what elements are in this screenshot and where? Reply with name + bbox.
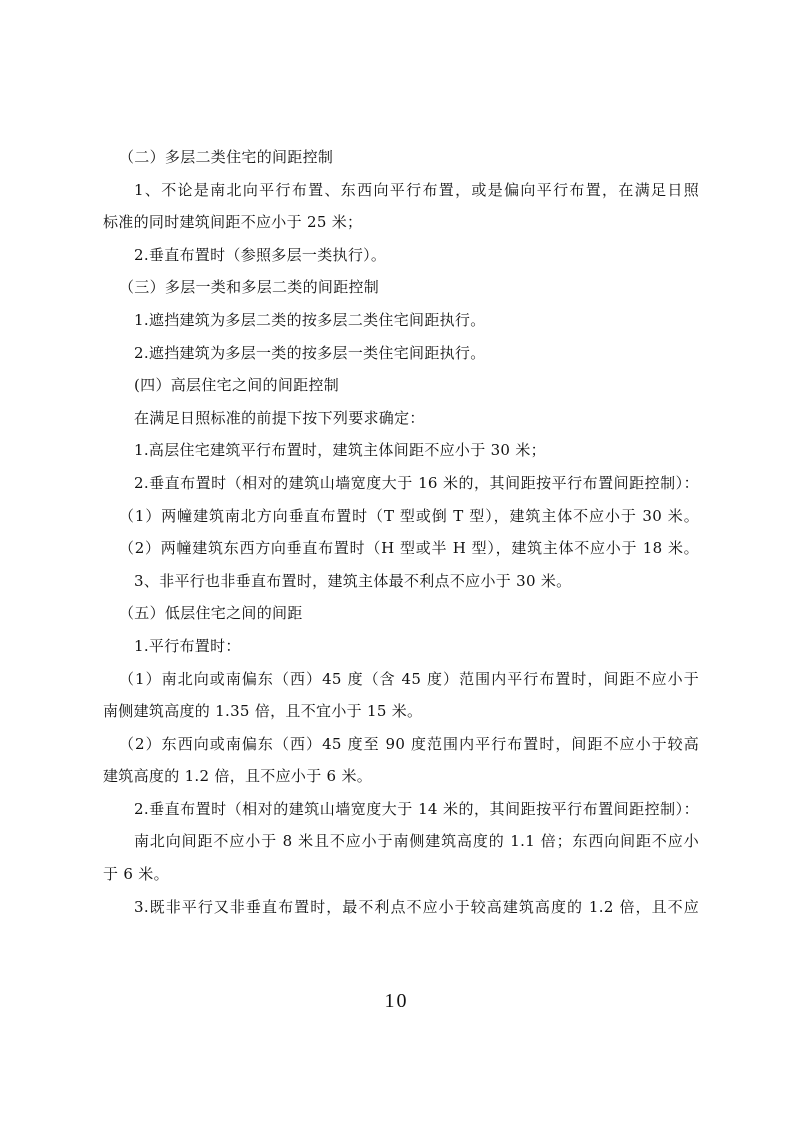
paragraph-line: （1）两幢建筑南北方向垂直布置时（T 型或倒 T 型），建筑主体不应小于 30 … <box>103 504 699 537</box>
document-body: （二）多层二类住宅的间距控制 1、不论是南北向平行布置、东西向平行布置，或是偏向… <box>103 145 699 927</box>
paragraph-line: 1、不论是南北向平行布置、东西向平行布置，或是偏向平行布置，在满足日照 <box>103 178 699 211</box>
paragraph-line: 2.垂直布置时（相对的建筑山墙宽度大于 16 米的，其间距按平行布置间距控制）： <box>103 471 699 504</box>
section-heading-4: (四）高层住宅之间的间距控制 <box>103 373 699 406</box>
paragraph-line: （2）东西向或南偏东（西）45 度至 90 度范围内平行布置时，间距不应小于较高 <box>103 732 699 765</box>
paragraph-line: 南侧建筑高度的 1.35 倍，且不宜小于 15 米。 <box>103 699 699 732</box>
paragraph-line: 1.平行布置时： <box>103 634 699 667</box>
section-heading-5: （五）低层住宅之间的间距 <box>103 601 699 634</box>
paragraph-line: 2.垂直布置时（相对的建筑山墙宽度大于 14 米的，其间距按平行布置间距控制）： <box>103 797 699 830</box>
paragraph-line: 3.既非平行又非垂直布置时，最不利点不应小于较高建筑高度的 1.2 倍，且不应 <box>103 895 699 928</box>
paragraph-line: 建筑高度的 1.2 倍，且不应小于 6 米。 <box>103 764 699 797</box>
paragraph-line: 3、非平行也非垂直布置时，建筑主体最不利点不应小于 30 米。 <box>103 569 699 602</box>
paragraph-line: 2.遮挡建筑为多层一类的按多层一类住宅间距执行。 <box>103 341 699 374</box>
paragraph-line: 在满足日照标准的前提下按下列要求确定： <box>103 406 699 439</box>
paragraph-line: 南北向间距不应小于 8 米且不应小于南侧建筑高度的 1.1 倍；东西向间距不应小 <box>103 829 699 862</box>
paragraph-line: 标准的同时建筑间距不应小于 25 米； <box>103 210 699 243</box>
page-number: 10 <box>0 990 793 1013</box>
paragraph-line: 2.垂直布置时（参照多层一类执行）。 <box>103 243 699 276</box>
paragraph-line: 于 6 米。 <box>103 862 699 895</box>
paragraph-line: 1.高层住宅建筑平行布置时，建筑主体间距不应小于 30 米； <box>103 438 699 471</box>
section-heading-3: （三）多层一类和多层二类的间距控制 <box>103 275 699 308</box>
paragraph-line: （2）两幢建筑东西方向垂直布置时（H 型或半 H 型），建筑主体不应小于 18 … <box>103 536 699 569</box>
paragraph-line: 1.遮挡建筑为多层二类的按多层二类住宅间距执行。 <box>103 308 699 341</box>
section-heading-2: （二）多层二类住宅的间距控制 <box>103 145 699 178</box>
paragraph-line: （1）南北向或南偏东（西）45 度（含 45 度）范围内平行布置时，间距不应小于 <box>103 667 699 700</box>
